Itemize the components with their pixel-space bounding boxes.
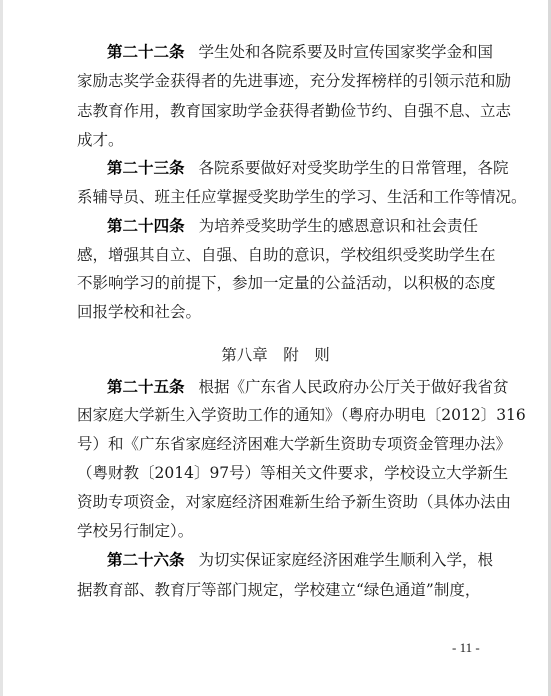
article-24-line-2: 感，增强其自立、自强、自助的意识，学校组织受奖助学生在 [77,244,478,266]
article-24-line-4: 回报学校和社会。 [77,301,478,323]
article-number: 第二十六条 [107,550,185,569]
article-22-line-4: 成才。 [77,129,478,151]
article-24-line-3: 不影响学习的前提下，参加一定量的公益活动，以积极的态度 [77,272,478,294]
article-25-line-1: 第二十五条根据《广东省人民政府办公厅关于做好我省贫 [107,376,478,398]
chapter-heading: 第八章 附 则 [0,343,551,365]
article-25-line-5: 资助专项资金，对家庭经济困难新生给予新生资助（具体办法由 [77,491,478,513]
article-number: 第二十三条 [107,158,185,177]
article-23-line-1: 第二十三条各院系要做好对受奖助学生的日常管理，各院 [107,157,478,179]
article-number: 第二十五条 [107,377,185,396]
article-number: 第二十二条 [107,42,185,61]
article-25-line-2: 困家庭大学新生入学资助工作的通知》（粤府办明电〔2012〕316 [77,404,478,426]
article-22-line-1: 第二十二条学生处和各院系要及时宣传国家奖学金和国 [107,41,478,63]
article-24-line-1: 第二十四条为培养受奖助学生的感恩意识和社会责任 [107,215,478,237]
article-25-line-4: （粤财教〔2014〕97号）等相关文件要求，学校设立大学新生 [77,462,478,484]
article-25-line-6: 学校另行制定）。 [77,520,478,542]
article-22-line-2: 家励志奖学金获得者的先进事迹，充分发挥榜样的引领示范和励 [77,70,478,92]
page-number: - 11 - [452,640,480,656]
document-page: 第二十二条学生处和各院系要及时宣传国家奖学金和国 家励志奖学金获得者的先进事迹，… [0,0,551,696]
article-23-line-2: 系辅导员、班主任应掌握受奖助学生的学习、生活和工作等情况。 [77,186,478,208]
article-26-line-1: 第二十六条为切实保证家庭经济困难学生顺利入学，根 [107,549,478,571]
article-25-line-3: 号）和《广东省家庭经济困难大学新生资助专项资金管理办法》 [77,433,478,455]
article-number: 第二十四条 [107,216,185,235]
article-26-line-2: 据教育部、教育厅等部门规定，学校建立“绿色通道”制度， [77,579,478,601]
article-22-line-3: 志教育作用，教育国家助学金获得者勤俭节约、自强不息、立志 [77,100,478,122]
